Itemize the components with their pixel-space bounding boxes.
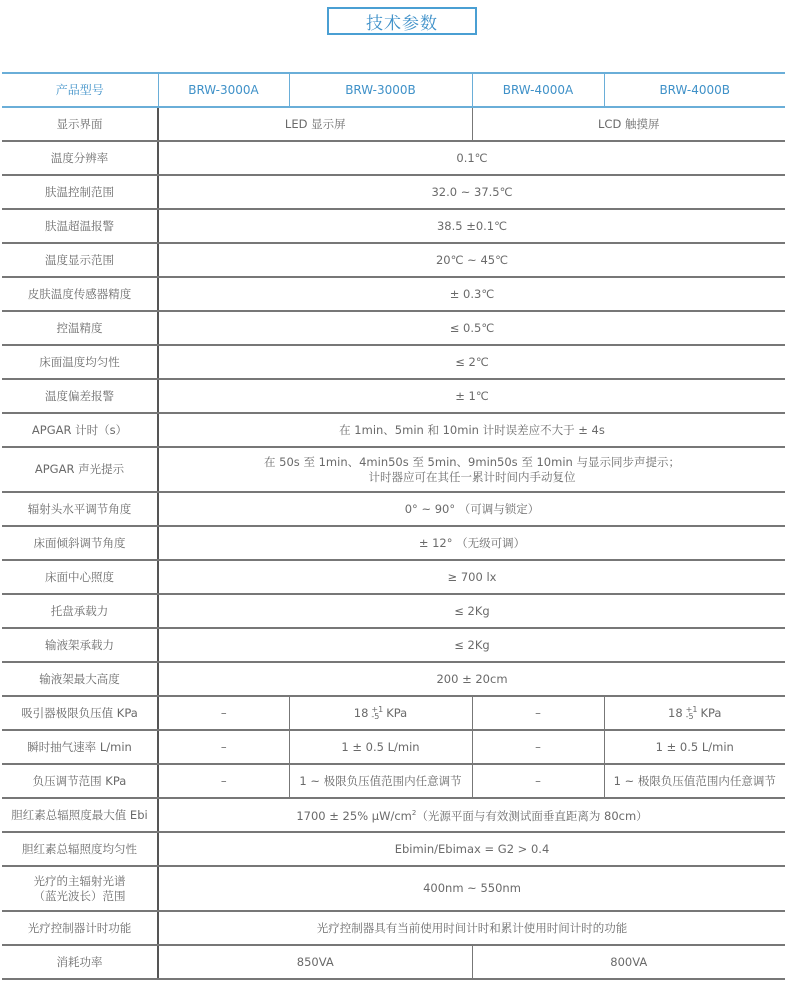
cell-value: 200 ± 20cm: [158, 662, 785, 696]
cell-value: 20℃ ~ 45℃: [158, 243, 785, 277]
value-unit: KPa: [386, 706, 407, 720]
value-main: 1700 ± 25% μW/cm: [296, 809, 412, 823]
header-row: 产品型号 BRW-3000A BRW-3000B BRW-4000A BRW-4…: [2, 73, 785, 107]
cell-value: 1 ± 0.5 L/min: [289, 730, 472, 764]
cell-value: –: [158, 764, 289, 798]
table-row: 温度显示范围 20℃ ~ 45℃: [2, 243, 785, 277]
row-label: 消耗功率: [2, 945, 158, 979]
row-label: 温度显示范围: [2, 243, 158, 277]
cell-value: 18+1-5KPa: [604, 696, 785, 730]
row-label: APGAR 声光提示: [2, 447, 158, 492]
table-row: 床面温度均匀性 ≤ 2℃: [2, 345, 785, 379]
cell-value: ± 0.3℃: [158, 277, 785, 311]
row-label: 显示界面: [2, 107, 158, 141]
row-label: 肤温控制范围: [2, 175, 158, 209]
row-label: 瞬时抽气速率 L/min: [2, 730, 158, 764]
spec-table: 产品型号 BRW-3000A BRW-3000B BRW-4000A BRW-4…: [2, 72, 785, 980]
table-row: 温度偏差报警 ± 1℃: [2, 379, 785, 413]
row-label: 胆红素总辐照度最大值 Ebi: [2, 798, 158, 832]
cell-value: 850VA: [158, 945, 472, 979]
cell-value: –: [472, 730, 604, 764]
table-row: 胆红素总辐照度均匀性 Ebimin/Ebimax = G2 > 0.4: [2, 832, 785, 866]
value-unit: KPa: [700, 706, 721, 720]
tolerance: +1-5: [686, 706, 698, 720]
cell-value: 1 ~ 极限负压值范围内任意调节: [604, 764, 785, 798]
table-row: APGAR 计时（s） 在 1min、5min 和 10min 计时误差应不大于…: [2, 413, 785, 447]
cell-value: Ebimin/Ebimax = G2 > 0.4: [158, 832, 785, 866]
table-row: 瞬时抽气速率 L/min – 1 ± 0.5 L/min – 1 ± 0.5 L…: [2, 730, 785, 764]
table-row: 肤温超温报警 38.5 ±0.1℃: [2, 209, 785, 243]
header-label: 产品型号: [2, 73, 158, 107]
cell-line: 在 50s 至 1min、4min50s 至 5min、9min50s 至 10…: [161, 455, 783, 470]
value-base: 18: [668, 706, 683, 720]
value-base: 18: [354, 706, 369, 720]
table-row: 控温精度 ≤ 0.5℃: [2, 311, 785, 345]
model-brw-3000b: BRW-3000B: [289, 73, 472, 107]
table-row: 负压调节范围 KPa – 1 ~ 极限负压值范围内任意调节 – 1 ~ 极限负压…: [2, 764, 785, 798]
model-brw-4000b: BRW-4000B: [604, 73, 785, 107]
table-row: 光疗控制器计时功能 光疗控制器具有当前使用时间计时和累计使用时间计时的功能: [2, 911, 785, 945]
cell-value: 32.0 ~ 37.5℃: [158, 175, 785, 209]
table-row: 光疗的主辐射光谱 （蓝光波长）范围 400nm ~ 550nm: [2, 866, 785, 911]
table-row: 消耗功率 850VA 800VA: [2, 945, 785, 979]
table-row: 辐射头水平调节角度 0° ~ 90° （可调与锁定）: [2, 492, 785, 526]
table-row: 胆红素总辐照度最大值 Ebi 1700 ± 25% μW/cm2（光源平面与有效…: [2, 798, 785, 832]
cell-value: 800VA: [472, 945, 785, 979]
table-row: 输液架最大高度 200 ± 20cm: [2, 662, 785, 696]
cell-value: 400nm ~ 550nm: [158, 866, 785, 911]
row-label: 床面温度均匀性: [2, 345, 158, 379]
cell-value: 在 1min、5min 和 10min 计时误差应不大于 ± 4s: [158, 413, 785, 447]
row-label: 光疗的主辐射光谱 （蓝光波长）范围: [2, 866, 158, 911]
table-row: 温度分辨率 0.1℃: [2, 141, 785, 175]
model-brw-4000a: BRW-4000A: [472, 73, 604, 107]
cell-value: LED 显示屏: [158, 107, 472, 141]
cell-value: –: [158, 730, 289, 764]
cell-value: LCD 触摸屏: [472, 107, 785, 141]
label-line: （蓝光波长）范围: [4, 889, 155, 904]
row-label: 温度偏差报警: [2, 379, 158, 413]
table-row: 托盘承载力 ≤ 2Kg: [2, 594, 785, 628]
row-label: APGAR 计时（s）: [2, 413, 158, 447]
row-label: 床面中心照度: [2, 560, 158, 594]
cell-line: 计时器应可在其任一累计时间内手动复位: [161, 470, 783, 485]
row-label: 辐射头水平调节角度: [2, 492, 158, 526]
cell-value: –: [472, 764, 604, 798]
cell-value: 1 ~ 极限负压值范围内任意调节: [289, 764, 472, 798]
tolerance: +1-5: [371, 706, 383, 720]
table-row: 肤温控制范围 32.0 ~ 37.5℃: [2, 175, 785, 209]
value-note: （光源平面与有效测试面垂直距离为 80cm）: [416, 809, 647, 823]
row-label: 负压调节范围 KPa: [2, 764, 158, 798]
table-row: 输液架承载力 ≤ 2Kg: [2, 628, 785, 662]
table-row: 吸引器极限负压值 KPa – 18+1-5KPa – 18+1-5KPa: [2, 696, 785, 730]
label-line: 光疗的主辐射光谱: [4, 874, 155, 889]
cell-value: –: [472, 696, 604, 730]
row-label: 胆红素总辐照度均匀性: [2, 832, 158, 866]
row-label: 床面倾斜调节角度: [2, 526, 158, 560]
cell-value: ≥ 700 lx: [158, 560, 785, 594]
cell-value: 38.5 ±0.1℃: [158, 209, 785, 243]
row-label: 肤温超温报警: [2, 209, 158, 243]
table-row: 显示界面 LED 显示屏 LCD 触摸屏: [2, 107, 785, 141]
row-label: 皮肤温度传感器精度: [2, 277, 158, 311]
row-label: 温度分辨率: [2, 141, 158, 175]
cell-value: 0.1℃: [158, 141, 785, 175]
cell-value: 光疗控制器具有当前使用时间计时和累计使用时间计时的功能: [158, 911, 785, 945]
cell-value: ≤ 2Kg: [158, 628, 785, 662]
cell-value: 18+1-5KPa: [289, 696, 472, 730]
cell-value: 1 ± 0.5 L/min: [604, 730, 785, 764]
row-label: 输液架最大高度: [2, 662, 158, 696]
row-label: 吸引器极限负压值 KPa: [2, 696, 158, 730]
table-row: 床面倾斜调节角度 ± 12° （无级可调）: [2, 526, 785, 560]
table-row: 床面中心照度 ≥ 700 lx: [2, 560, 785, 594]
table-row: APGAR 声光提示 在 50s 至 1min、4min50s 至 5min、9…: [2, 447, 785, 492]
row-label: 控温精度: [2, 311, 158, 345]
cell-value: –: [158, 696, 289, 730]
cell-value: ≤ 0.5℃: [158, 311, 785, 345]
table-row: 皮肤温度传感器精度 ± 0.3℃: [2, 277, 785, 311]
section-title: 技术参数: [327, 7, 477, 35]
cell-value: 1700 ± 25% μW/cm2（光源平面与有效测试面垂直距离为 80cm）: [158, 798, 785, 832]
row-label: 光疗控制器计时功能: [2, 911, 158, 945]
cell-value: 在 50s 至 1min、4min50s 至 5min、9min50s 至 10…: [158, 447, 785, 492]
cell-value: ± 1℃: [158, 379, 785, 413]
cell-value: ≤ 2Kg: [158, 594, 785, 628]
model-brw-3000a: BRW-3000A: [158, 73, 289, 107]
row-label: 输液架承载力: [2, 628, 158, 662]
cell-value: ≤ 2℃: [158, 345, 785, 379]
cell-value: ± 12° （无级可调）: [158, 526, 785, 560]
cell-value: 0° ~ 90° （可调与锁定）: [158, 492, 785, 526]
row-label: 托盘承载力: [2, 594, 158, 628]
